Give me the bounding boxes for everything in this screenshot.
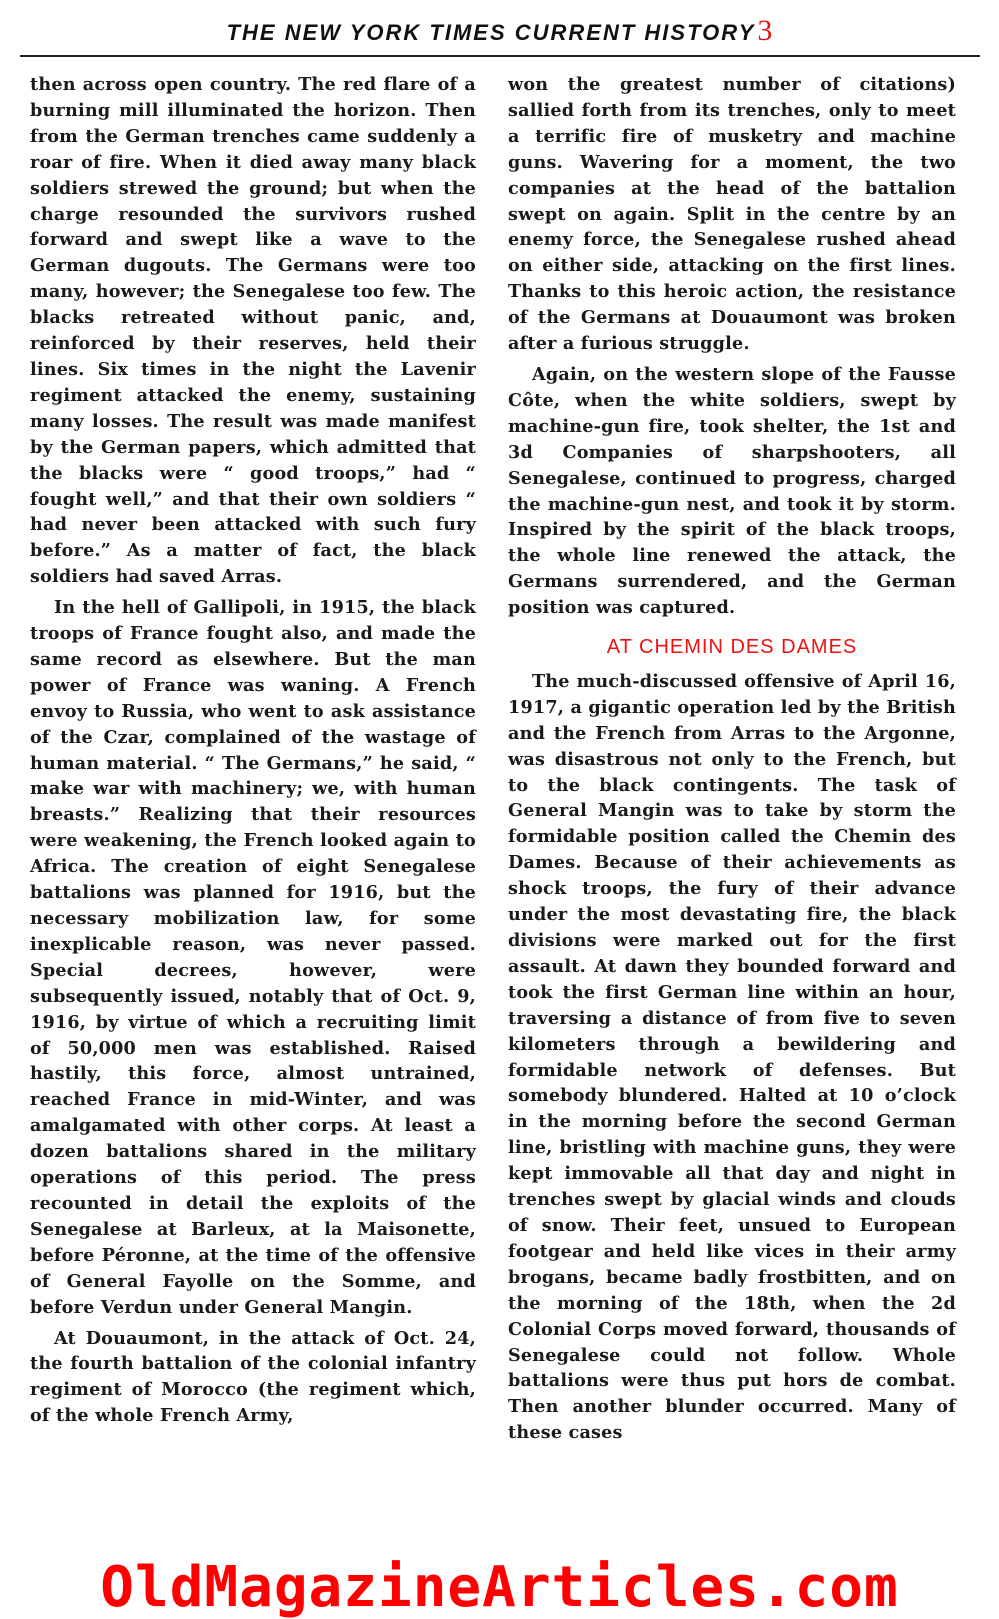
left-column: then across open country. The red flare … bbox=[30, 72, 476, 1434]
paragraph: then across open country. The red flare … bbox=[30, 72, 476, 590]
paragraph: At Douaumont, in the attack of Oct. 24, … bbox=[30, 1326, 476, 1430]
paragraph: The much-discussed offensive of April 16… bbox=[508, 669, 956, 1446]
header-rule bbox=[20, 55, 980, 57]
paragraph: Again, on the western slope of the Fauss… bbox=[508, 362, 956, 621]
paragraph: won the greatest number of citations) sa… bbox=[508, 72, 956, 357]
page-number: 3 bbox=[757, 14, 772, 47]
paragraph: In the hell of Gallipoli, in 1915, the b… bbox=[30, 595, 476, 1320]
page-header: THE NEW YORK TIMES CURRENT HISTORY3 bbox=[0, 14, 999, 54]
watermark-link: OldMagazineArticles.com bbox=[0, 1558, 999, 1618]
right-column: won the greatest number of citations) sa… bbox=[508, 72, 956, 1451]
section-heading: AT CHEMIN DES DAMES bbox=[508, 635, 956, 661]
publication-title: THE NEW YORK TIMES CURRENT HISTORY bbox=[227, 20, 756, 45]
